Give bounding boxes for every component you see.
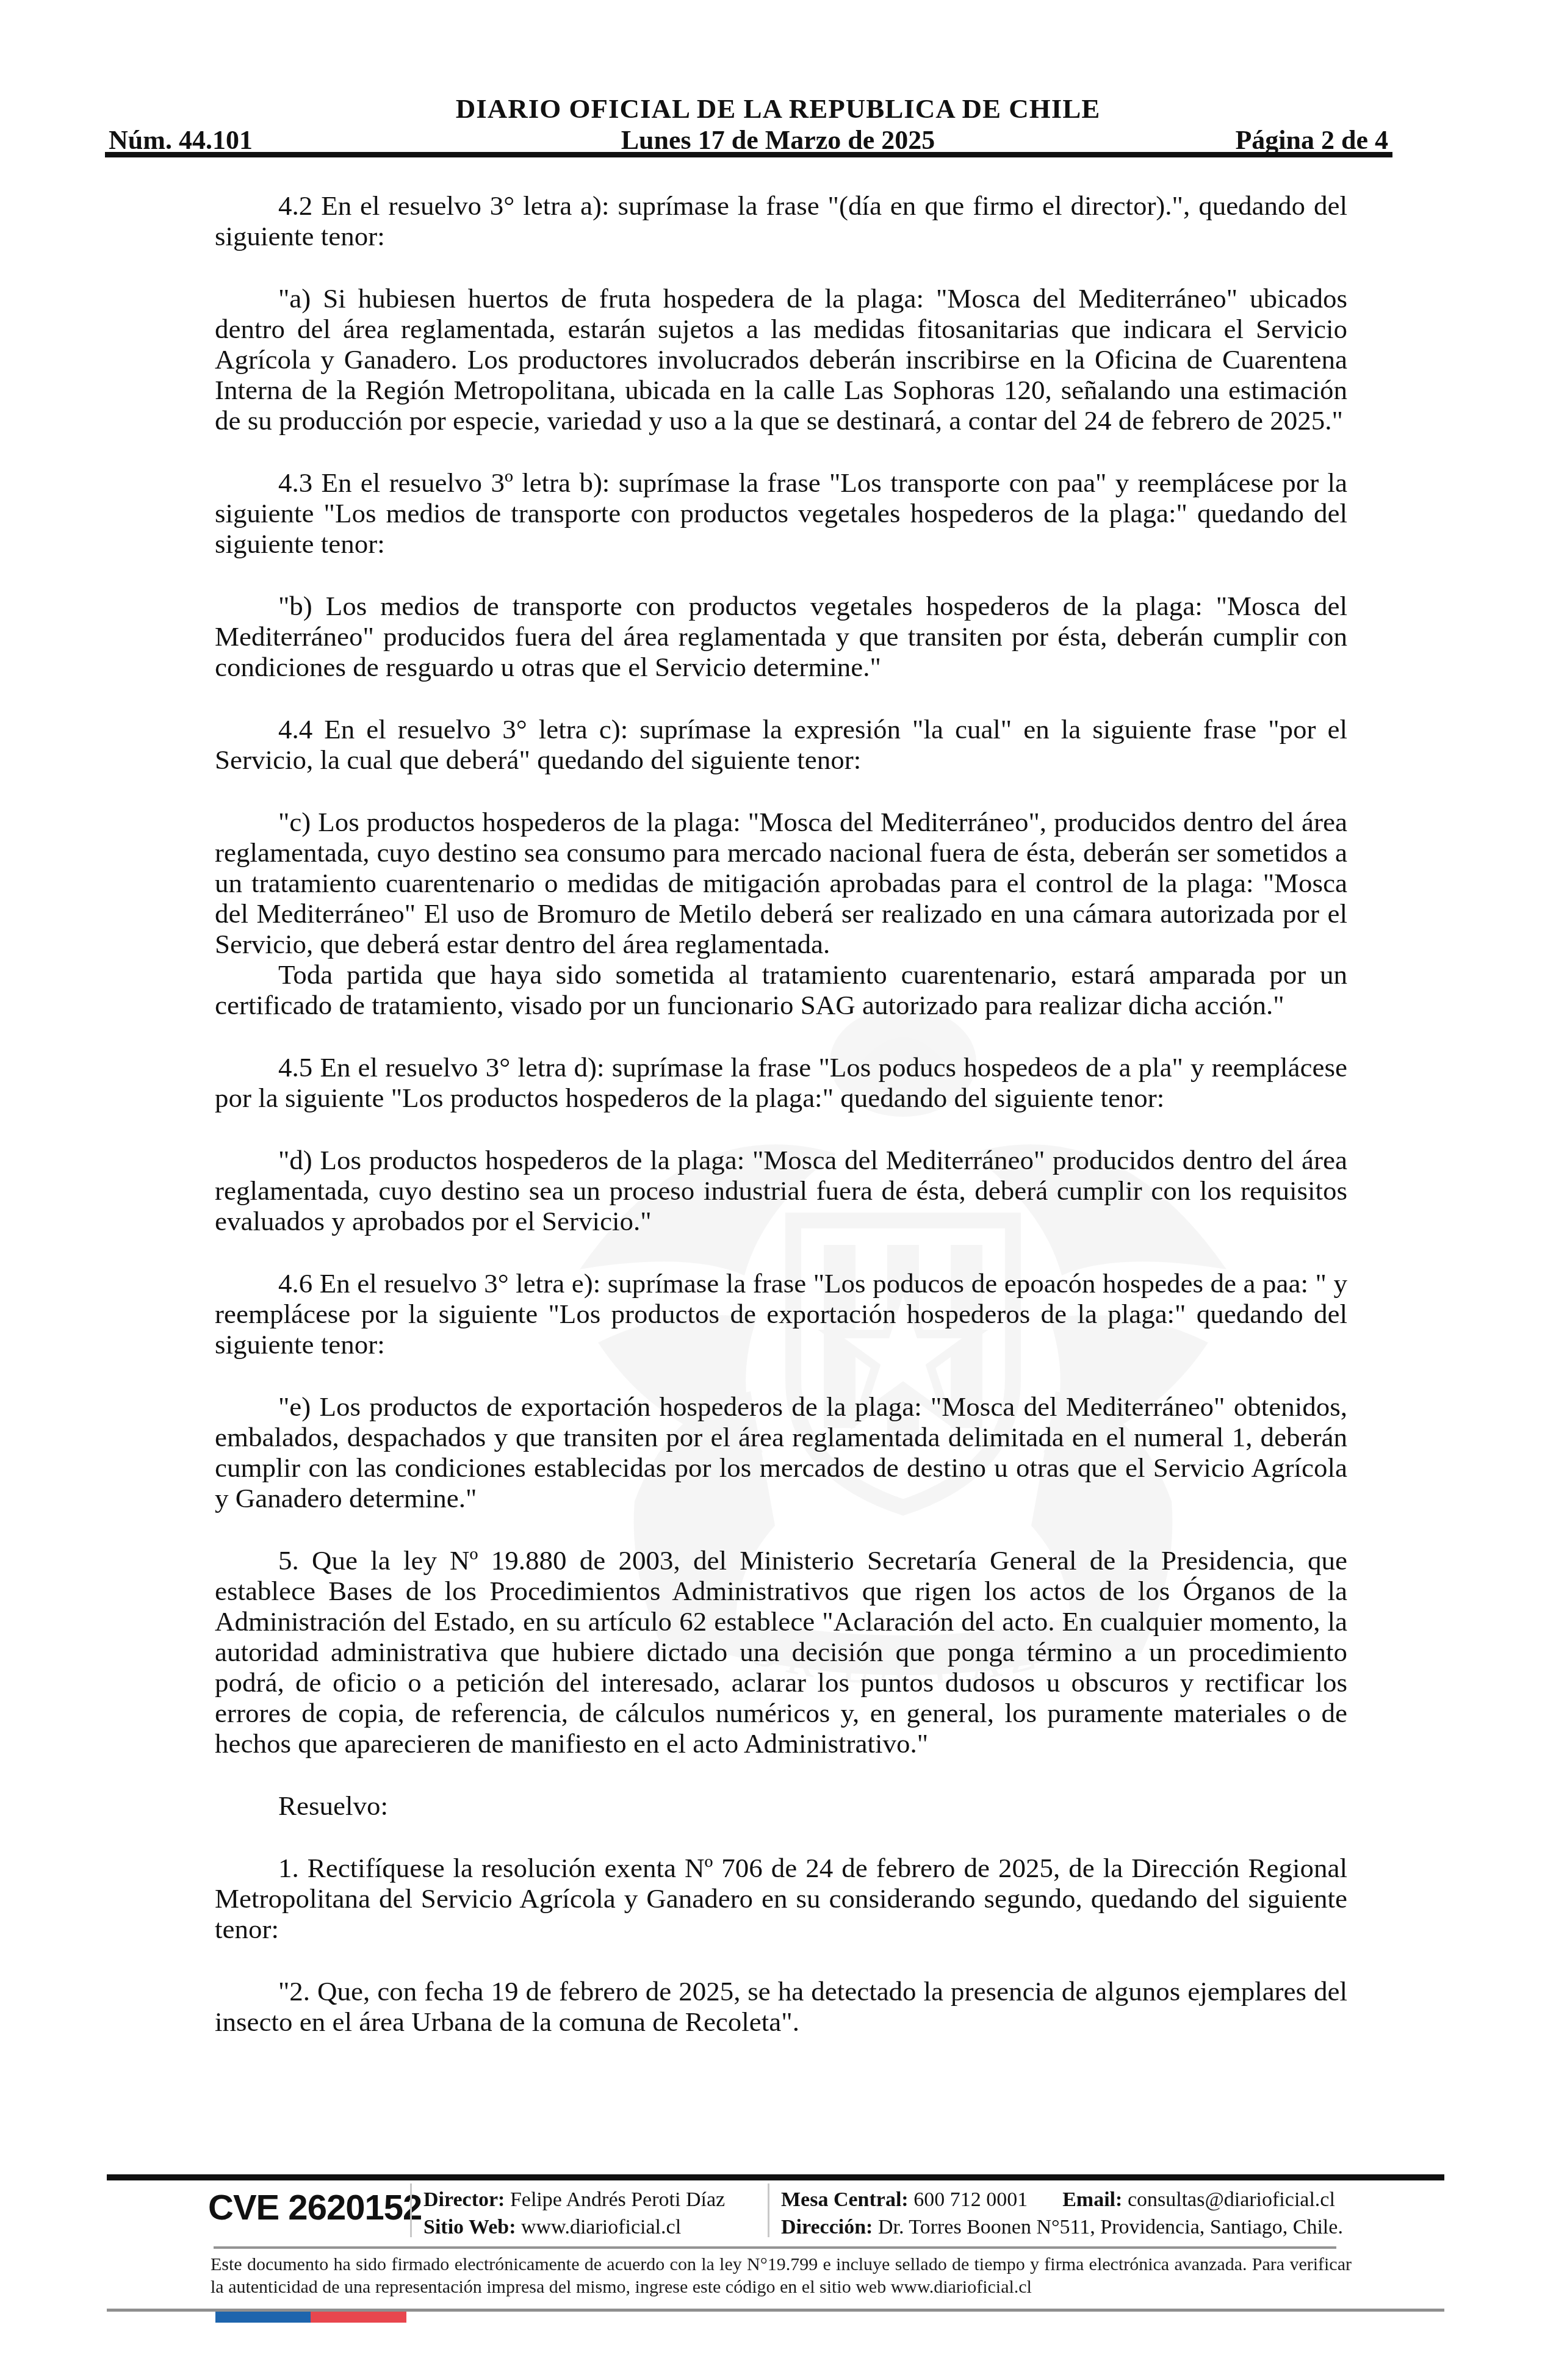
- paragraph-4-3: 4.3 En el resuelvo 3º letra b): suprímas…: [215, 467, 1347, 559]
- paragraph-letter-c: "c) Los productos hospederos de la plaga…: [215, 807, 1347, 959]
- footer-director-block: Director: Felipe Andrés Peroti Díaz Siti…: [423, 2186, 759, 2241]
- paragraph-4-5: 4.5 En el resuelvo 3° letra d): suprímas…: [215, 1052, 1347, 1113]
- masthead-title: DIARIO OFICIAL DE LA REPUBLICA DE CHILE: [0, 93, 1556, 124]
- director-line: Director: Felipe Andrés Peroti Díaz: [423, 2186, 759, 2213]
- paragraph-letter-d: "d) Los productos hospederos de la plaga…: [215, 1145, 1347, 1236]
- footer-divider-2: [768, 2183, 769, 2237]
- website-label: Sitio Web:: [423, 2216, 516, 2238]
- masthead-row: Núm. 44.101 Lunes 17 de Marzo de 2025 Pá…: [0, 124, 1556, 155]
- paragraph-letter-c-continuation: Toda partida que haya sido sometida al t…: [215, 959, 1347, 1020]
- page-indicator: Página 2 de 4: [1235, 124, 1388, 156]
- paragraph-letter-a: "a) Si hubiesen huertos de fruta hospede…: [215, 283, 1347, 436]
- address-line: Dirección: Dr. Torres Boonen N°511, Prov…: [781, 2213, 1391, 2241]
- footer-divider-1: [410, 2183, 412, 2237]
- footer-top-rule: [107, 2174, 1444, 2180]
- phone-value: 600 712 0001: [913, 2188, 1028, 2211]
- paragraph-resuelvo-2: "2. Que, con fecha 19 de febrero de 2025…: [215, 1976, 1347, 2037]
- gazette-page: POR LA RAZON O LA FUERZA DIARIO OFICIAL …: [0, 0, 1556, 2380]
- legal-notice: Este documento ha sido firmado electróni…: [211, 2253, 1352, 2298]
- website-value: www.diarioficial.cl: [521, 2216, 681, 2238]
- paragraph-letter-e: "e) Los productos de exportación hospede…: [215, 1391, 1347, 1513]
- director-value: Felipe Andrés Peroti Díaz: [510, 2188, 725, 2211]
- cve-number: CVE 2620152: [208, 2187, 422, 2228]
- email-label: Email:: [1062, 2188, 1122, 2211]
- paragraph-resuelvo-1: 1. Rectifíquese la resolución exenta Nº …: [215, 1853, 1347, 1944]
- paragraph-letter-b: "b) Los medios de transporte con product…: [215, 591, 1347, 682]
- footer-contact-block: Mesa Central: 600 712 0001 Email: consul…: [781, 2186, 1391, 2241]
- address-value: Dr. Torres Boonen N°511, Providencia, Sa…: [878, 2216, 1343, 2238]
- paragraph-5: 5. Que la ley Nº 19.880 de 2003, del Min…: [215, 1545, 1347, 1759]
- director-label: Director:: [423, 2188, 505, 2211]
- document-body: 4.2 En el resuelvo 3° letra a): suprímas…: [215, 190, 1347, 2037]
- flag-red-bar: [311, 2312, 406, 2323]
- resuelvo-heading: Resuelvo:: [215, 1790, 1347, 1821]
- flag-blue-bar: [215, 2312, 311, 2323]
- website-line: Sitio Web: www.diarioficial.cl: [423, 2213, 759, 2241]
- email-value: consultas@diarioficial.cl: [1128, 2188, 1335, 2211]
- phone-email-line: Mesa Central: 600 712 0001 Email: consul…: [781, 2186, 1391, 2213]
- address-label: Dirección:: [781, 2216, 873, 2238]
- phone-label: Mesa Central:: [781, 2188, 909, 2211]
- paragraph-4-4: 4.4 En el resuelvo 3° letra c): suprímas…: [215, 714, 1347, 775]
- footer-middle-rule: [214, 2246, 1336, 2249]
- header-rule: [105, 152, 1392, 157]
- paragraph-4-6: 4.6 En el resuelvo 3° letra e): suprímas…: [215, 1268, 1347, 1360]
- paragraph-4-2: 4.2 En el resuelvo 3° letra a): suprímas…: [215, 190, 1347, 251]
